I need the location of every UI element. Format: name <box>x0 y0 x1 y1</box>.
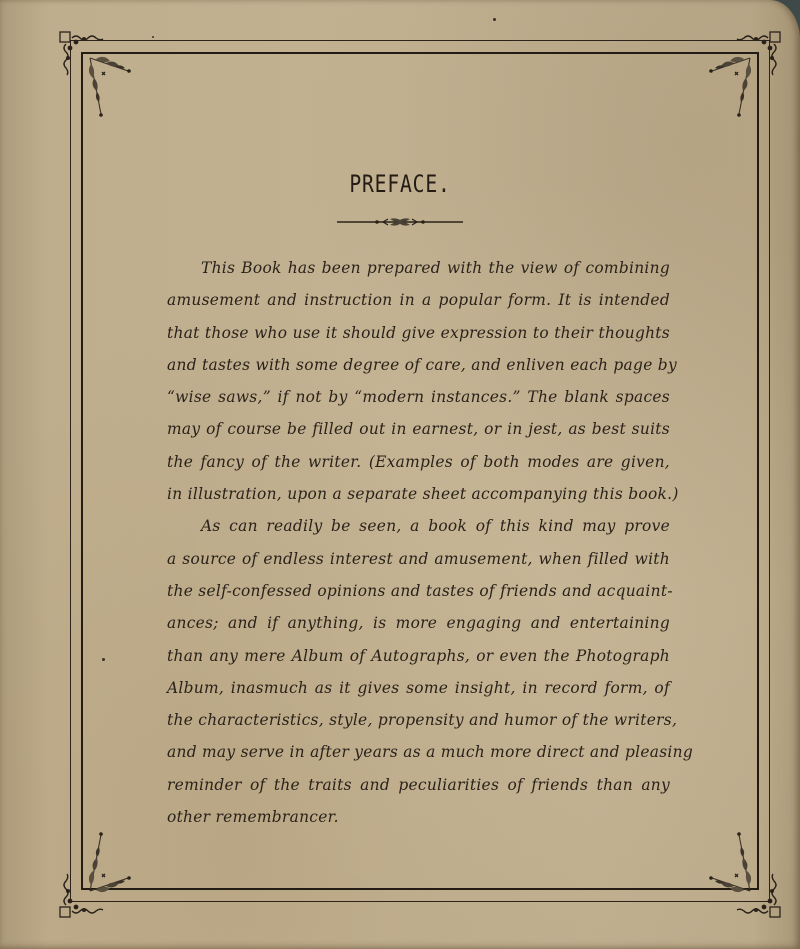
text-line: may of course be filled out in earnest, … <box>167 413 670 445</box>
text-line: reminder of the traits and peculiarities… <box>167 769 670 801</box>
paper-speck <box>152 36 154 38</box>
corner-ornament-icon <box>684 821 784 921</box>
book-page: PREFACE. This Book has been prepared wit… <box>0 0 800 949</box>
text-line: ances; and if anything, is more engaging… <box>167 607 670 639</box>
wheat-divider-icon <box>335 215 465 229</box>
corner-ornament-icon <box>56 821 156 921</box>
text-line: that those who use it should give expres… <box>167 317 670 349</box>
paragraph: As can readily be seen, a book of this k… <box>167 510 670 833</box>
text-line: and may serve in after years as a much m… <box>167 736 670 768</box>
text-line: the characteristics, style, propensity a… <box>167 704 670 736</box>
text-line: amusement and instruction in a popular f… <box>167 284 670 316</box>
text-line: Album, inasmuch as it gives some insight… <box>167 672 670 704</box>
text-line: in illustration, upon a separate sheet a… <box>167 478 670 510</box>
text-line: a source of endless interest and amuseme… <box>167 543 670 575</box>
text-line: other remembrancer. <box>167 801 670 833</box>
page-title: PREFACE. <box>72 170 728 198</box>
text-line: As can readily be seen, a book of this k… <box>167 510 670 542</box>
corner-ornament-icon <box>684 28 784 128</box>
paragraph: This Book has been prepared with the vie… <box>167 252 670 510</box>
preface-body: This Book has been prepared with the vie… <box>167 252 670 833</box>
text-line: and tastes with some degree of care, and… <box>167 349 670 381</box>
text-line: “wise saws,” if not by “modern instances… <box>167 381 670 413</box>
corner-ornament-icon <box>56 28 156 128</box>
text-line: the fancy of the writer. (Examples of bo… <box>167 446 670 478</box>
paper-speck <box>493 18 496 21</box>
paper-speck <box>102 658 105 661</box>
text-line: than any mere Album of Autographs, or ev… <box>167 640 670 672</box>
text-line: This Book has been prepared with the vie… <box>167 252 670 284</box>
text-line: the self-confessed opinions and tastes o… <box>167 575 670 607</box>
